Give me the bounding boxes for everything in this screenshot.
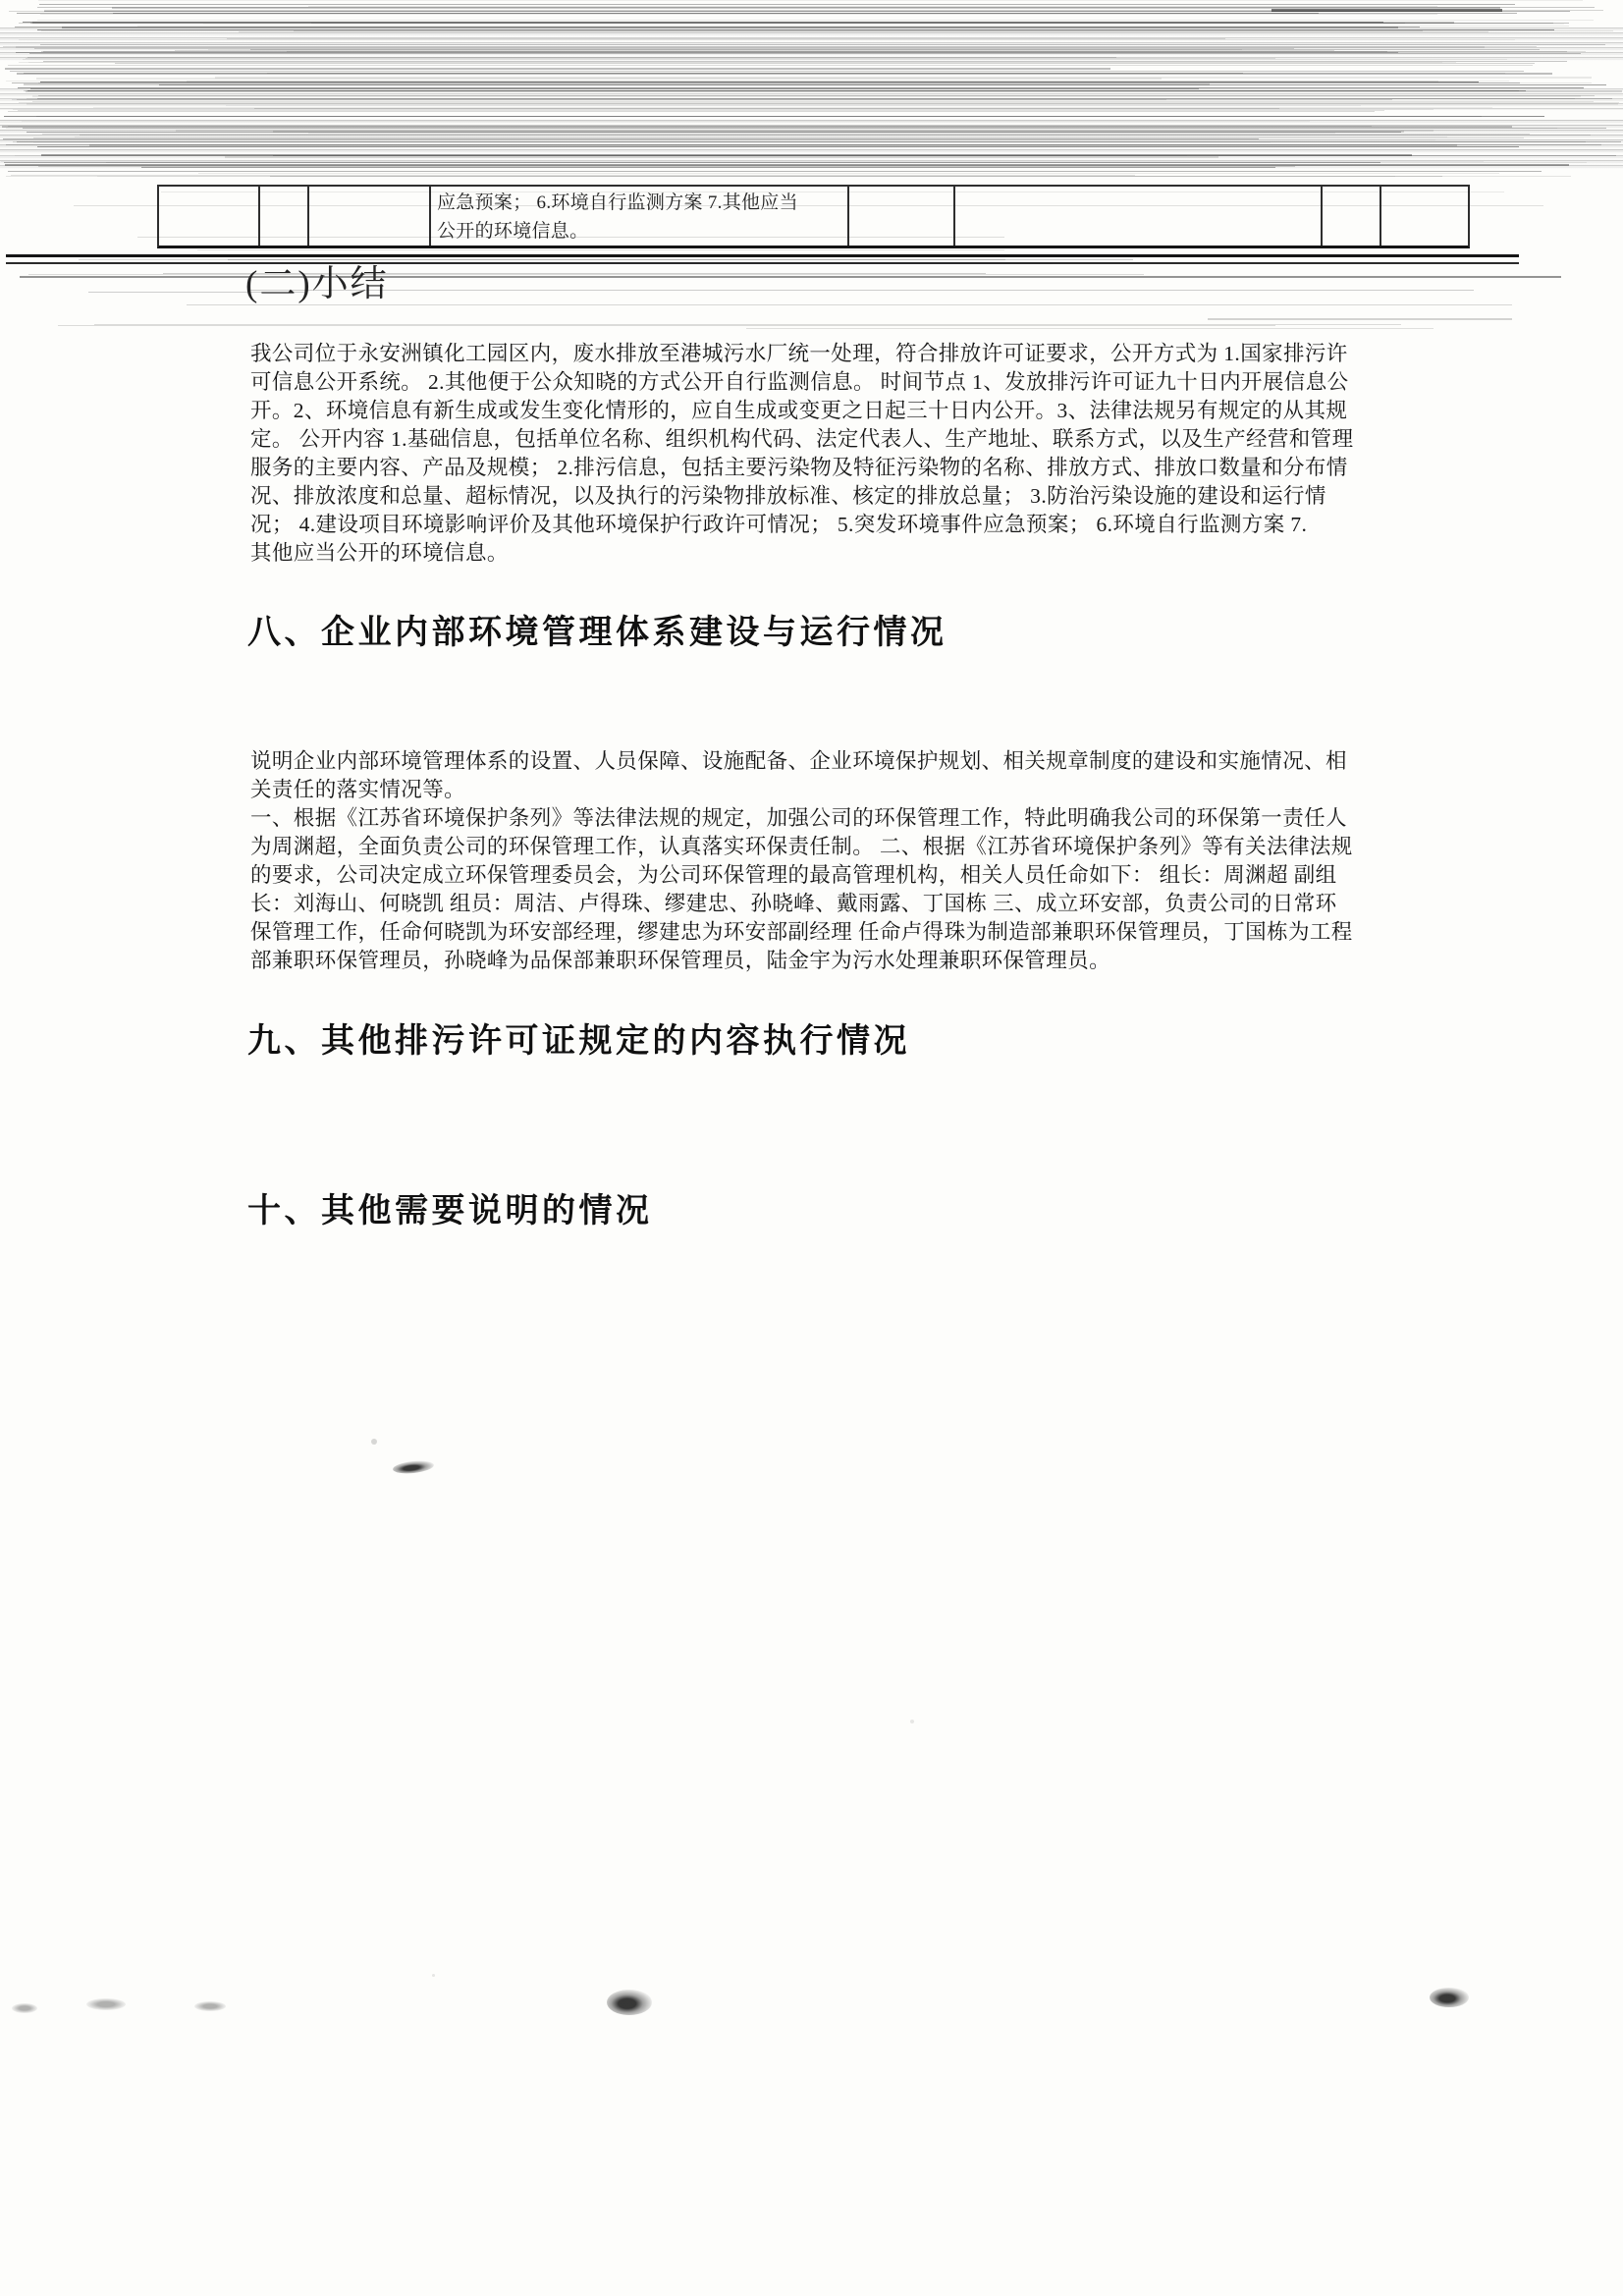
scan-artifact-dot: [910, 1720, 914, 1723]
scan-noise-line: [32, 95, 1581, 97]
scan-streak: [746, 328, 1434, 329]
scan-noise-line: [6, 81, 1509, 82]
scan-noise-line: [26, 58, 1275, 59]
scan-noise-line: [18, 110, 1384, 111]
scan-noise-line: [24, 73, 1243, 74]
section8-heading: 八、企业内部环境管理体系建设与运行情况: [247, 605, 947, 653]
scan-noise-line: [3, 46, 1537, 47]
scan-noise-line: [159, 84, 1606, 85]
scan-noise-line: [37, 20, 1594, 21]
scan-noise-line: [34, 48, 1294, 49]
scan-noise-line: [308, 133, 1335, 134]
scan-noise-line: [13, 109, 1434, 110]
scan-noise-line: [27, 98, 1575, 99]
scan-noise-line: [254, 108, 1279, 109]
scan-noise-line: [26, 90, 1622, 92]
section9-heading: 九、其他排污许可证规定的内容执行情况: [247, 1013, 910, 1062]
scan-noise-line: [41, 154, 1412, 156]
scan-noise-line: [19, 102, 1619, 103]
scan-noise-line: [12, 99, 1166, 100]
scan-noise-line: [115, 63, 1535, 64]
summary-paragraph: 我公司位于永安洲镇化工园区内，废水排放至港城污水厂统一处理，符合排放许可证要求，…: [250, 340, 1404, 568]
document-page: 应急预案； 6.环境自行监测方案 7.其他应当公开的环境信息。 (二)小结 我公…: [0, 0, 1623, 2296]
text-line: 应急预案； 6.环境自行监测方案 7.其他应当: [437, 189, 845, 217]
text-line: 部兼职环保管理员，孙晓峰为品保部兼职环保管理员，陆金宇为污水处理兼职环保管理员。: [250, 947, 1404, 975]
text-line: 况； 4.建设项目环境影响评价及其他环境保护行政许可情况； 5.突发环境事件应急…: [250, 511, 1404, 539]
scan-noise-line: [37, 146, 1519, 147]
scan-noise-line: [17, 141, 1621, 142]
scan-noise-line: [187, 81, 1438, 82]
scan-noise-line: [9, 11, 1360, 12]
scan-noise-line: [11, 175, 1135, 176]
scan-noise-line: [75, 137, 1447, 137]
section8-body-paragraph: 一、根据《江苏省环境保护条列》等法律法规的规定，加强公司的环保管理工作，特此明确…: [250, 804, 1404, 975]
scan-noise-line: [16, 46, 1485, 48]
text-line: 可信息公开系统。 2.其他便于公众知晓的方式公开自行监测信息。 时间节点 1、发…: [250, 368, 1404, 397]
scan-noise-line: [93, 107, 1492, 108]
scan-noise-line: [44, 11, 1570, 12]
scan-noise-line: [22, 121, 1310, 122]
subsection-heading: (二)小结: [245, 253, 389, 306]
scan-noise-line: [38, 95, 1595, 96]
scan-noise-line: [311, 23, 1405, 24]
table-cell: [849, 187, 955, 246]
section8-intro-paragraph: 说明企业内部环境管理体系的设置、人员保障、设施配备、企业环境保护规划、相关规章制…: [250, 747, 1404, 804]
scan-noise-line: [19, 23, 1553, 24]
scan-noise-line: [97, 176, 1395, 177]
scan-noise-line: [270, 176, 1442, 177]
scan-noise-line: [113, 13, 1517, 14]
table-cell: [1323, 187, 1381, 246]
scan-noise-line: [16, 52, 1398, 53]
text-line: 定。 公开内容 1.基础信息，包括单位名称、组织机构代码、法定代表人、生产地址、…: [250, 425, 1404, 454]
scan-noise-line: [203, 24, 1564, 25]
scan-noise-line: [29, 53, 1581, 54]
section10-heading: 十、其他需要说明的情况: [247, 1183, 653, 1231]
scan-noise-line: [27, 57, 1116, 58]
scan-noise-line: [18, 87, 1584, 88]
scan-noise-line: [15, 27, 1420, 27]
scan-noise-subband: [0, 88, 1623, 110]
scan-noise-line: [13, 141, 1586, 142]
scan-noise-line: [6, 176, 1571, 177]
scan-noise-line: [2, 126, 1512, 128]
scan-noise-line: [137, 26, 1569, 27]
scan-noise-line: [225, 156, 1218, 158]
scan-noise-line: [308, 6, 1437, 7]
scan-noise-line: [40, 44, 1605, 45]
scan-artifact-smudge: [607, 1990, 652, 2015]
scan-noise-line: [141, 167, 1275, 168]
text-line: 的要求，公司决定成立环保管理委员会，为公司环保管理的最高管理机构，相关人员任命如…: [250, 861, 1404, 890]
text-line: 关责任的落实情况等。: [250, 776, 1404, 804]
scan-noise-line: [6, 128, 1557, 129]
table-cell: [1381, 187, 1468, 246]
scan-noise-line: [8, 126, 1372, 127]
text-line: 保管理工作，任命何晓凯为环安部经理，缪建忠为环安部副经理 任命卢得珠为制造部兼职…: [250, 918, 1404, 947]
table-cell: [309, 187, 431, 246]
scan-artifact-dot: [432, 1974, 435, 1977]
scan-noise-line: [6, 144, 1601, 145]
scan-noise-line: [4, 116, 1544, 117]
scan-noise-line: [1271, 9, 1502, 12]
scan-noise-line: [294, 30, 1423, 31]
scan-noise-subband: [0, 155, 1623, 169]
scan-streak: [1208, 318, 1512, 320]
scan-noise-line: [28, 274, 1144, 275]
scan-noise-line: [37, 98, 1612, 99]
scan-noise-line: [3, 138, 1259, 139]
scan-noise-line: [19, 39, 1515, 40]
scan-noise-line: [43, 51, 1387, 52]
scan-artifact-smudge: [392, 1459, 434, 1475]
scan-noise-line: [267, 73, 1505, 74]
scan-noise-line: [10, 71, 1524, 72]
scan-noise-line: [38, 82, 1592, 83]
scan-noise-line: [17, 99, 1392, 100]
scan-noise-line: [23, 22, 1383, 23]
scan-artifact-dot: [371, 1439, 377, 1445]
scan-noise-line: [32, 101, 1594, 102]
scan-noise-line: [5, 164, 1569, 166]
scan-noise-line: [30, 23, 1569, 24]
text-line: 为周渊超，全面负责公司的环保管理工作，认真落实环保责任制。 二、根据《江苏省环境…: [250, 833, 1404, 861]
text-line: 说明企业内部环境管理体系的设置、人员保障、设施配备、企业环境保护规划、相关规章制…: [250, 747, 1404, 776]
scan-noise-line: [38, 166, 1295, 167]
scan-noise-line: [43, 61, 1567, 62]
scan-noise-line: [40, 14, 1437, 15]
scan-noise-line: [226, 105, 1361, 106]
scan-noise-line: [176, 130, 1434, 132]
scan-noise-line: [8, 171, 1542, 172]
scan-noise-line: [38, 0, 1583, 1]
scan-noise-line: [40, 82, 1479, 82]
scan-noise-line: [30, 88, 1199, 89]
text-line: 我公司位于永安洲镇化工园区内，废水排放至港城污水厂统一处理，符合排放许可证要求，…: [250, 340, 1404, 368]
scan-noise-line: [41, 51, 1567, 52]
scan-noise-line: [273, 155, 1616, 156]
scan-noise-line: [12, 82, 1520, 83]
scan-artifact-smudge: [86, 1998, 126, 2010]
scan-noise-line: [39, 4, 1515, 5]
scan-noise-line: [8, 111, 1375, 112]
scan-artifact-smudge: [1430, 1988, 1469, 2007]
scan-noise-line: [42, 134, 1530, 135]
scan-noise-line: [215, 77, 1592, 79]
scan-noise-line: [273, 131, 1404, 133]
scan-noise-line: [89, 144, 1457, 146]
text-line: 一、根据《江苏省环境保护条列》等法律法规的规定，加强公司的环保管理工作，特此明确…: [250, 804, 1404, 833]
scan-noise-line: [24, 83, 1210, 85]
scan-artifact-smudge: [12, 2003, 37, 2013]
scan-noise-line: [36, 116, 1482, 117]
scan-noise-line: [198, 173, 1499, 174]
table-fragment-row: 应急预案； 6.环境自行监测方案 7.其他应当公开的环境信息。: [157, 185, 1470, 248]
text-line: 开。2、环境信息有新生成或发生变化情形的，应自生成或变更之日起三十日内公开。3、…: [250, 397, 1404, 425]
scan-noise-subband: [0, 27, 1623, 61]
scan-noise-line: [4, 162, 1380, 163]
scan-noise-line: [239, 31, 1488, 32]
scan-noise-line: [32, 22, 1454, 24]
scan-noise-line: [23, 59, 1507, 60]
scan-noise-line: [33, 142, 1271, 143]
scan-noise-line: [28, 62, 1442, 63]
scan-noise-line: [37, 7, 1595, 8]
text-line: 况、排放浓度和总量、超标情况，以及执行的污染物排放标准、核定的排放总量； 3.防…: [250, 482, 1404, 511]
scan-noise-line: [37, 29, 1554, 30]
scan-noise-line: [23, 128, 1606, 129]
scan-noise-line: [248, 290, 1474, 291]
scan-noise-line: [27, 103, 1618, 105]
table-cell-public-info: 应急预案； 6.环境自行监测方案 7.其他应当公开的环境信息。: [431, 187, 849, 246]
scan-noise-line: [3, 139, 1435, 140]
scan-noise-line: [5, 68, 1110, 70]
text-line: 长：刘海山、何晓凯 组员：周洁、卢得珠、缪建忠、孙晓峰、戴雨露、丁国栋 三、成立…: [250, 890, 1404, 918]
scan-noise-line: [27, 132, 1401, 133]
text-line: 公开的环境信息。: [437, 217, 845, 246]
scan-noise-line: [44, 10, 1603, 11]
table-cell: [955, 187, 1323, 246]
scan-noise-line: [112, 7, 1500, 9]
scan-noise-line: [1, 161, 1484, 162]
table-cell: [260, 187, 309, 246]
scan-noise-line: [24, 90, 1519, 91]
scan-artifact-smudge: [194, 2001, 226, 2011]
scan-noise-line: [175, 50, 1334, 51]
horizontal-rule: [6, 254, 1519, 264]
scan-noise-line: [106, 162, 1587, 163]
scan-noise-line: [15, 155, 1187, 156]
scan-noise-band: [0, 0, 1623, 183]
scan-noise-line: [17, 73, 1552, 75]
scan-noise-line: [58, 325, 1275, 326]
scan-noise-line: [197, 249, 1004, 250]
scan-noise-line: [36, 78, 1162, 80]
scan-noise-line: [287, 51, 1586, 52]
scan-noise-subband: [0, 120, 1623, 153]
scan-noise-line: [80, 135, 1591, 136]
scan-noise-line: [250, 49, 1540, 50]
scan-noise-line: [8, 65, 1533, 66]
scan-noise-line: [19, 62, 1456, 63]
scan-noise-line: [41, 30, 1613, 31]
scan-noise-line: [208, 49, 1242, 50]
scan-noise-line: [227, 38, 1225, 39]
scan-noise-line: [27, 90, 1526, 91]
scan-noise-line: [17, 13, 1319, 14]
scan-noise-line: [33, 137, 1524, 138]
table-cell: [159, 187, 260, 246]
scan-noise-line: [94, 324, 1401, 325]
scan-noise-line: [62, 27, 1398, 28]
text-line: 服务的主要内容、产品及规模； 2.排污信息，包括主要污染物及特征污染物的名称、排…: [250, 454, 1404, 482]
text-line: 其他应当公开的环境信息。: [250, 539, 1404, 568]
